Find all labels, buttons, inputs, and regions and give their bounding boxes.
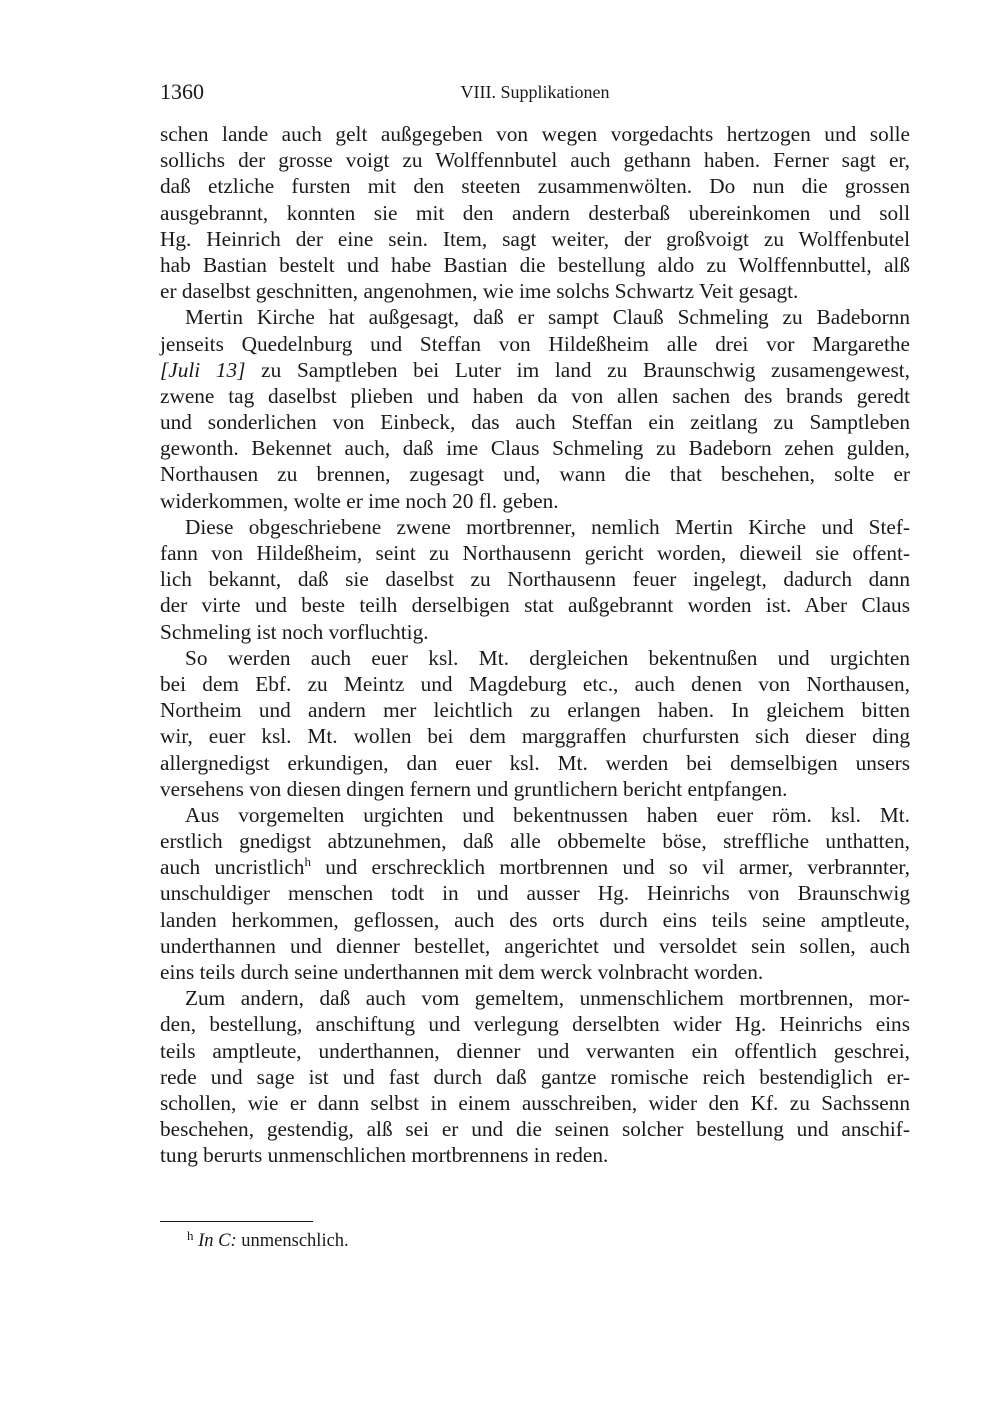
footnote-divider (160, 1221, 313, 1222)
text-line: schen lande auch gelt außgegeben von weg… (160, 121, 910, 147)
text-line: tung berurts unmenschlichen mortbrennens… (160, 1142, 910, 1168)
text-line: sollichs der grosse voigt zu Wolffennbut… (160, 147, 910, 173)
text-fragment: zu Samptleben bei Luter im land zu Braun… (246, 358, 911, 382)
text-line: der virte und beste teilh derselbigen st… (160, 592, 910, 618)
text-line: wir, euer ksl. Mt. wollen bei dem marggr… (160, 723, 910, 749)
text-line: ausgebrannt, konnten sie mit den andern … (160, 200, 910, 226)
text-line: Northeim und andern mer leichtlich zu er… (160, 697, 910, 723)
text-line: und sonderlichen von Einbeck, das auch S… (160, 409, 910, 435)
text-line: erstlich gnedigst abtzunehmen, daß alle … (160, 828, 910, 854)
paragraph: Zum andern, daß auch vom gemeltem, unmen… (160, 985, 910, 1168)
paragraph: schen lande auch gelt außgegeben von weg… (160, 121, 910, 304)
text-line: Mertin Kirche hat außgesagt, daß er samp… (160, 304, 910, 330)
text-line: hab Bastian bestelt und habe Bastian die… (160, 252, 910, 278)
text-line: bei dem Ebf. zu Meintz und Magdeburg etc… (160, 671, 910, 697)
running-head: 1360 VIII. Supplikationen (160, 79, 910, 107)
text-fragment: und erschrecklich mortbrennen und so vil… (311, 855, 910, 879)
paragraph: Aus vorgemelten urgichten und bekentnuss… (160, 802, 910, 985)
text-line: beschehen, gestendig, alß sei er und die… (160, 1116, 910, 1142)
footnote: h In C: unmenschlich. (187, 1229, 349, 1253)
text-line: fann von Hildeßheim, seint zu Northausen… (160, 540, 910, 566)
text-line: Zum andern, daß auch vom gemeltem, unmen… (160, 985, 910, 1011)
text-line: eins teils durch seine underthannen mit … (160, 959, 910, 985)
text-line: zwene tag daselbst plieben und haben da … (160, 383, 910, 409)
text-line: gewonth. Bekennet auch, daß ime Claus Sc… (160, 435, 910, 461)
text-line: unschuldiger menschen todt in und ausser… (160, 880, 910, 906)
text-fragment: auch uncristlich (160, 855, 304, 879)
text-line: [Juli 13] zu Samptleben bei Luter im lan… (160, 357, 910, 383)
footnote-label: In C: (198, 1231, 237, 1251)
text-line: jenseits Quedelnburg und Steffan von Hil… (160, 331, 910, 357)
text-line: den, bestellung, anschiftung und verlegu… (160, 1011, 910, 1037)
text-line: Hg. Heinrich der eine sein. Item, sagt w… (160, 226, 910, 252)
text-line: widerkommen, wolte er ime noch 20 fl. ge… (160, 488, 910, 514)
text-line: auch uncristlichh und erschrecklich mort… (160, 854, 910, 880)
date-annotation: [Juli 13] (160, 358, 246, 382)
text-line: versehens von diesen dingen fernern und … (160, 776, 910, 802)
text-line: rede und sage ist und fast durch daß gan… (160, 1064, 910, 1090)
text-line: schollen, wie er dann selbst in einem au… (160, 1090, 910, 1116)
text-line: Diese obgeschriebene zwene mortbrenner, … (160, 514, 910, 540)
text-line: So werden auch euer ksl. Mt. dergleichen… (160, 645, 910, 671)
text-line: Schmeling ist noch vorfluchtig. (160, 619, 910, 645)
paragraph: Diese obgeschriebene zwene mortbrenner, … (160, 514, 910, 645)
text-line: allergnedigst erkundigen, dan euer ksl. … (160, 750, 910, 776)
text-line: daß etzliche fursten mit den steeten zus… (160, 173, 910, 199)
text-line: teils amptleute, underthannen, dienner u… (160, 1038, 910, 1064)
text-line: er daselbst geschnitten, angenohmen, wie… (160, 278, 910, 304)
footnote-marker[interactable]: h (304, 854, 311, 869)
body-text: schen lande auch gelt außgegeben von weg… (160, 121, 910, 1169)
text-line: Aus vorgemelten urgichten und bekentnuss… (160, 802, 910, 828)
text-line: lich bekannt, daß sie daselbst zu Northa… (160, 566, 910, 592)
section-title: VIII. Supplikationen (160, 82, 910, 103)
text-line: underthannen und dienner bestellet, ange… (160, 933, 910, 959)
text-line: Northausen zu brennen, zugesagt und, wan… (160, 461, 910, 487)
footnote-text: unmenschlich. (237, 1231, 349, 1251)
paragraph: Mertin Kirche hat außgesagt, daß er samp… (160, 304, 910, 514)
text-line: landen herkommen, geflossen, auch des or… (160, 907, 910, 933)
footnote-marker: h (187, 1228, 194, 1243)
paragraph: So werden auch euer ksl. Mt. dergleichen… (160, 645, 910, 802)
